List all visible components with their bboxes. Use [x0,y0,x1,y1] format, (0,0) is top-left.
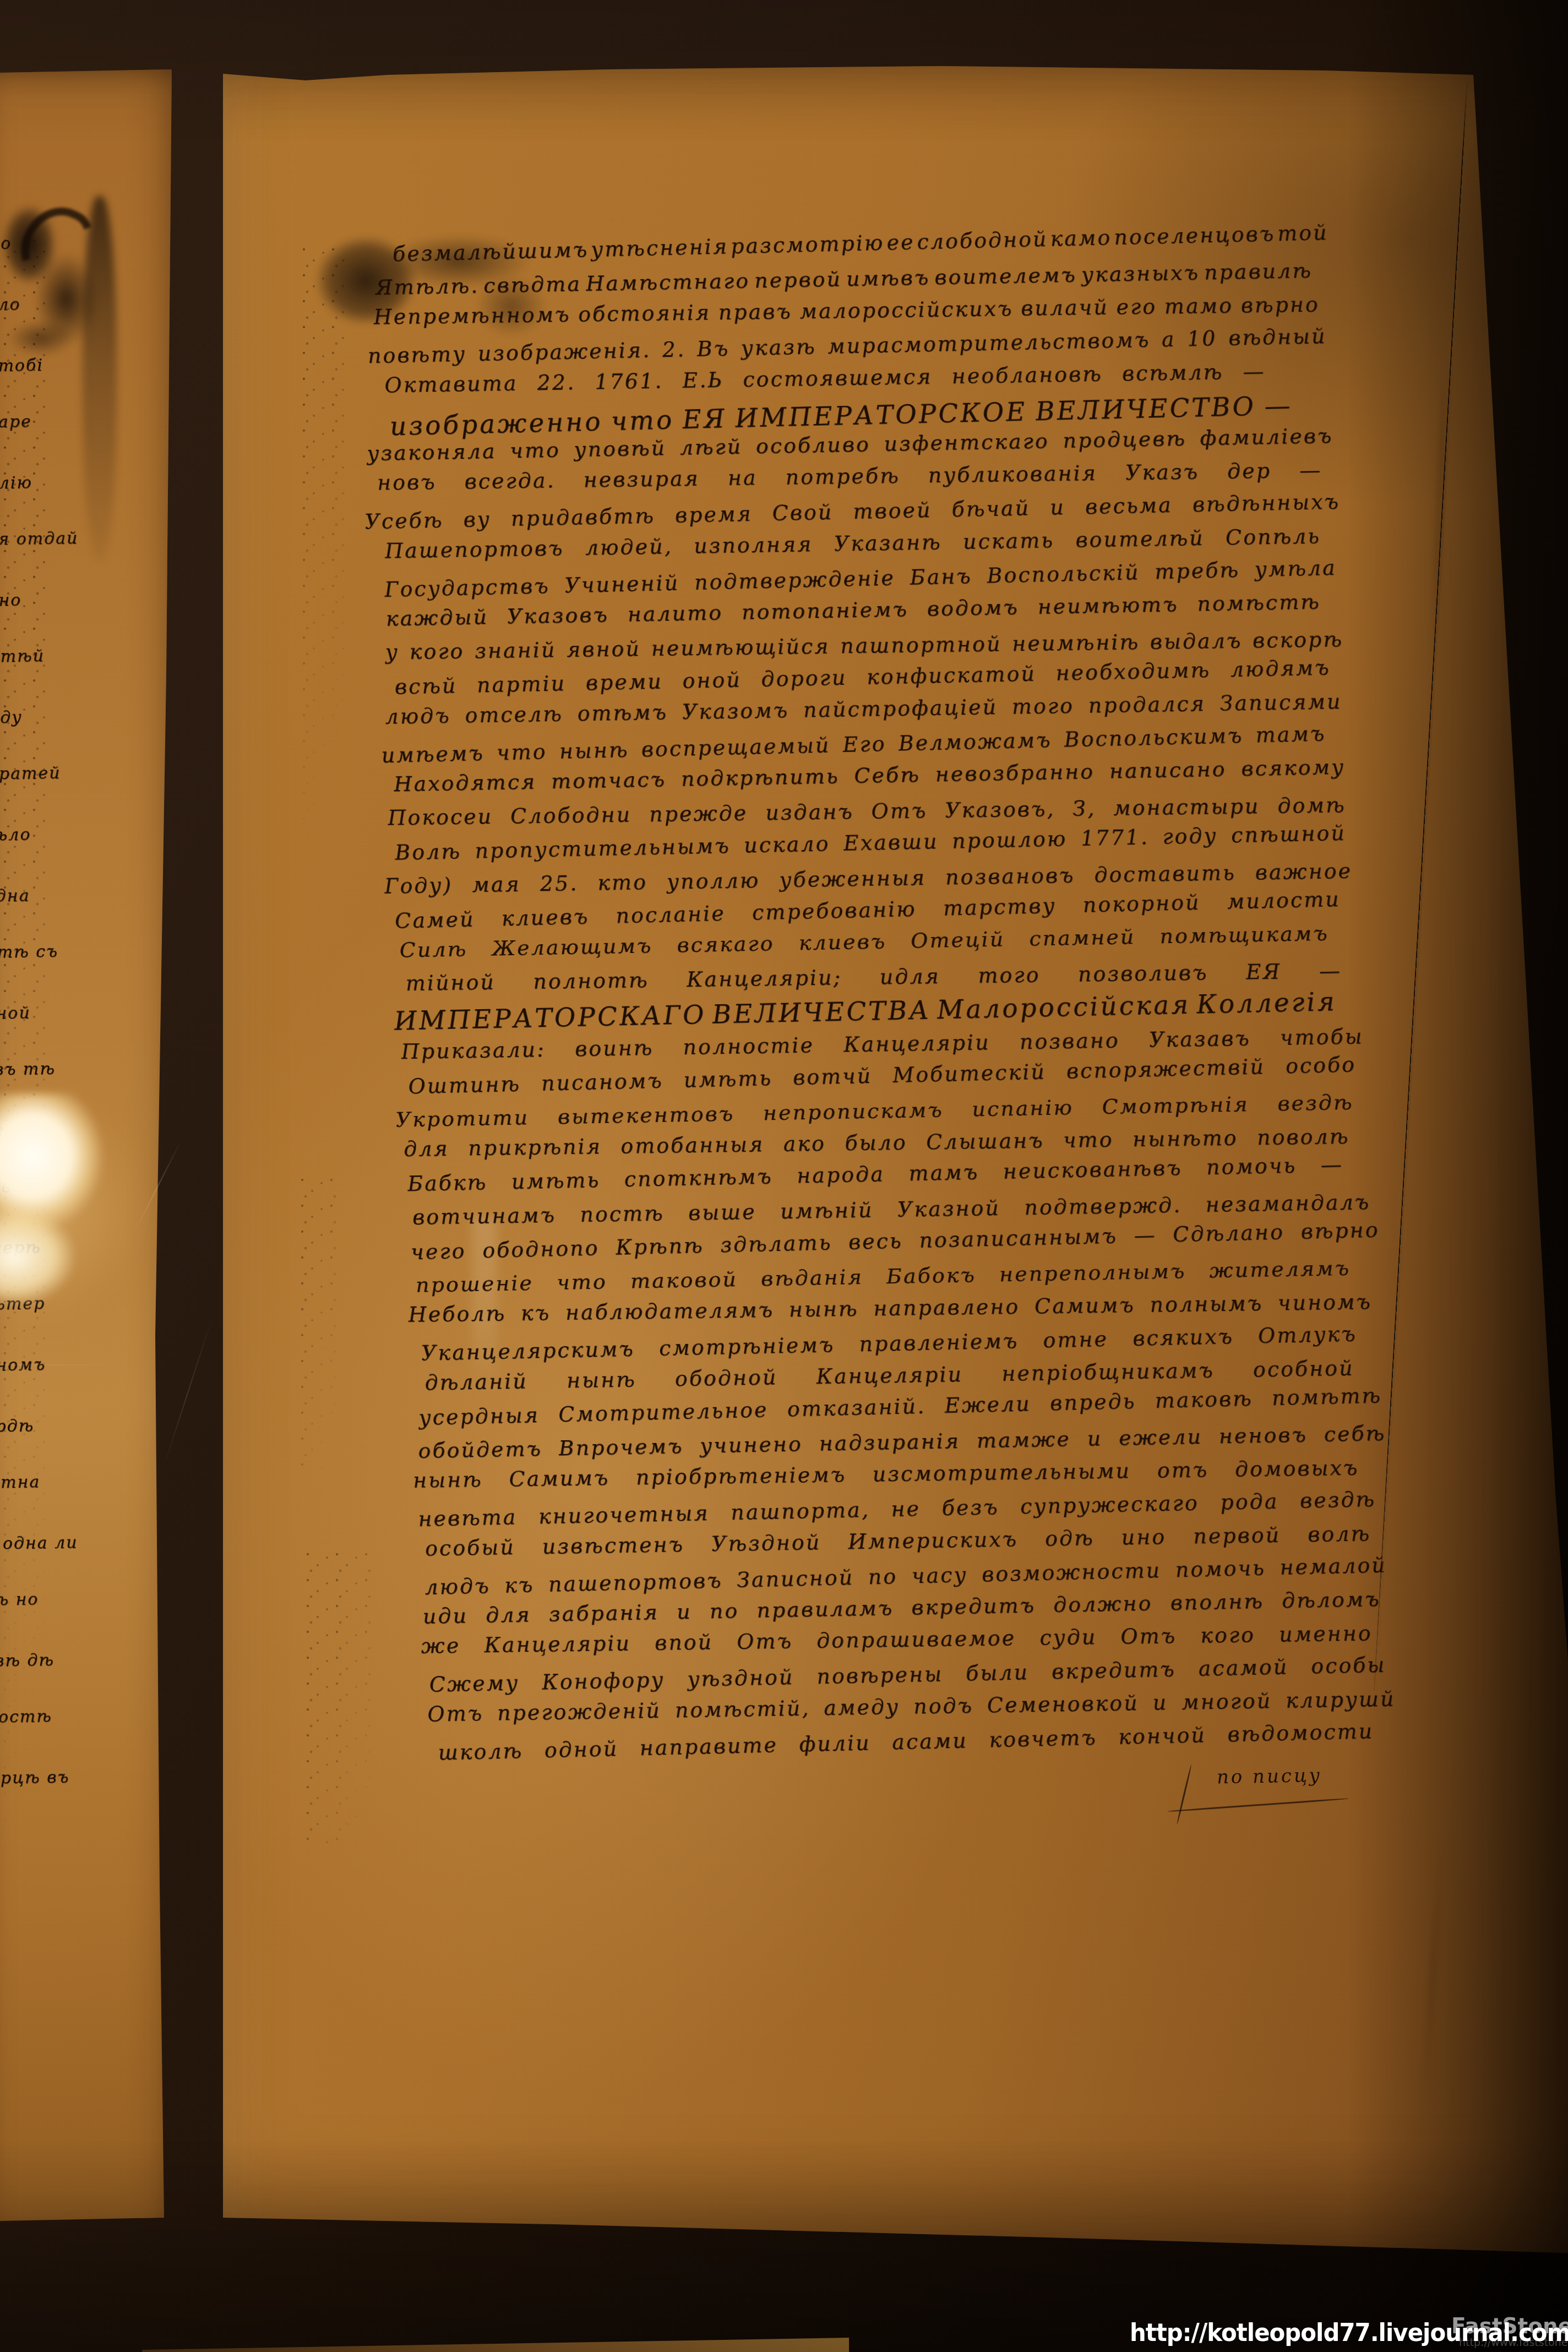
left-manuscript-line: ностѣ [0,1708,52,1726]
manuscript-line: Пашепортовълюдей,изполняяУказанѣискатьво… [384,525,1321,563]
glass-scratch [0,1364,144,1365]
glass-scratch [162,1314,214,1472]
paper-wrinkle [1418,1845,1444,2153]
manuscript-line: жеКанцеляріивпойОтъдопрашиваемоесудиОтък… [421,1622,1373,1658]
left-manuscript-line: лько [0,236,12,253]
left-manuscript-line: но дна [0,888,30,905]
manuscript-line: особыйизвѣстенъУѣзднойИмперискихъодѣиноп… [424,1522,1371,1560]
manuscript-line: Ятѣлѣ.свѣдтаНамѣстнагопервойимѣвъвоителе… [375,259,1313,300]
toner-speckle-left-margin [303,1548,374,1845]
left-manuscript-line: о рдѣ [0,1418,34,1435]
left-fragment-lines: лькобдѣлоя тобіне вареамліюся отдайВѢ но… [0,236,175,1834]
left-manuscript-line: одна ли [3,1534,78,1552]
manuscript-text-block: безмалѣйшимъутѣсненіяразсмотріюееслободн… [341,225,1417,1828]
left-manuscript-line: я тобі [0,357,43,375]
manuscript-line: НеболѣкънаблюдателямънынѣнаправленоСамим… [408,1291,1373,1326]
left-manuscript-line: вратей [0,765,61,783]
left-manuscript-line: амлію [0,475,32,492]
left-manuscript-line: о нду [0,710,23,727]
manuscript-line: УкротитивытекентовънепропискамъиспаніюСм… [395,1091,1354,1132]
left-manuscript-line: одной [0,1005,31,1022]
left-manuscript-line: рцѣ въ [1,1770,70,1787]
left-manuscript-line: етна [0,1474,40,1491]
bottom-sheet-edge [142,2333,853,2352]
left-manuscript-line: ВѢ но [0,592,21,609]
museum-photo-of-manuscript: лькобдѣлоя тобіне вареамліюся отдайВѢ но… [0,0,1568,2352]
manuscript-line: нынѣСамимъпріобрѣтеніемъизсмотрительными… [412,1457,1359,1493]
left-manuscript-line: не варе [0,413,32,431]
manuscript-line: Октавита22.1761.Е.Ьсостоявшемсянеобланов… [384,360,1266,397]
left-manuscript-line: б ѣло [0,826,31,843]
left-manuscript-line: ся отдай [0,530,79,548]
left-manuscript-line: затѣй [0,648,45,666]
toner-speckle-left-margin [299,243,349,838]
left-manuscript-sheet: лькобдѣлоя тобіне вареамліюся отдайВѢ но… [0,69,175,2221]
main-manuscript-sheet: безмалѣйшимъутѣсненіяразсмотріюееслободн… [223,62,1568,2263]
livejournal-url-watermark: http://kotleopold77.livejournal.com/ [1130,2321,1568,2345]
toner-speckle-left-margin [297,1174,339,1471]
manuscript-line: обойдетъВпрочемъучиненонадзираніятамжеие… [417,1422,1386,1463]
left-manuscript-line: бѣ но [0,1591,39,1608]
manuscript-line: Бабкѣимѣтьспоткнѣмънародатамънеискованѣв… [407,1153,1344,1196]
manuscript-line: школѣоднойнаправитефиліиасамиковчетъконч… [438,1720,1375,1765]
left-manuscript-line: вѣ дѣ [0,1652,55,1670]
manuscript-line: новъвсегда.невзираянапотребѣпубликованія… [377,459,1322,495]
manuscript-line: прошеніечтотаковойвѣданіяБабокънепреполн… [415,1257,1351,1297]
manuscript-line: ВолѣпропустительнымъискалоЕхавшипрошлою1… [394,822,1347,865]
left-manuscript-line: бдѣло [0,297,21,314]
light-reflection-glare [0,1093,149,1303]
left-manuscript-line: ятѣ съ [0,944,58,961]
manuscript-line: Непремѣнномъобстояніяправъмалороссійских… [373,293,1320,329]
